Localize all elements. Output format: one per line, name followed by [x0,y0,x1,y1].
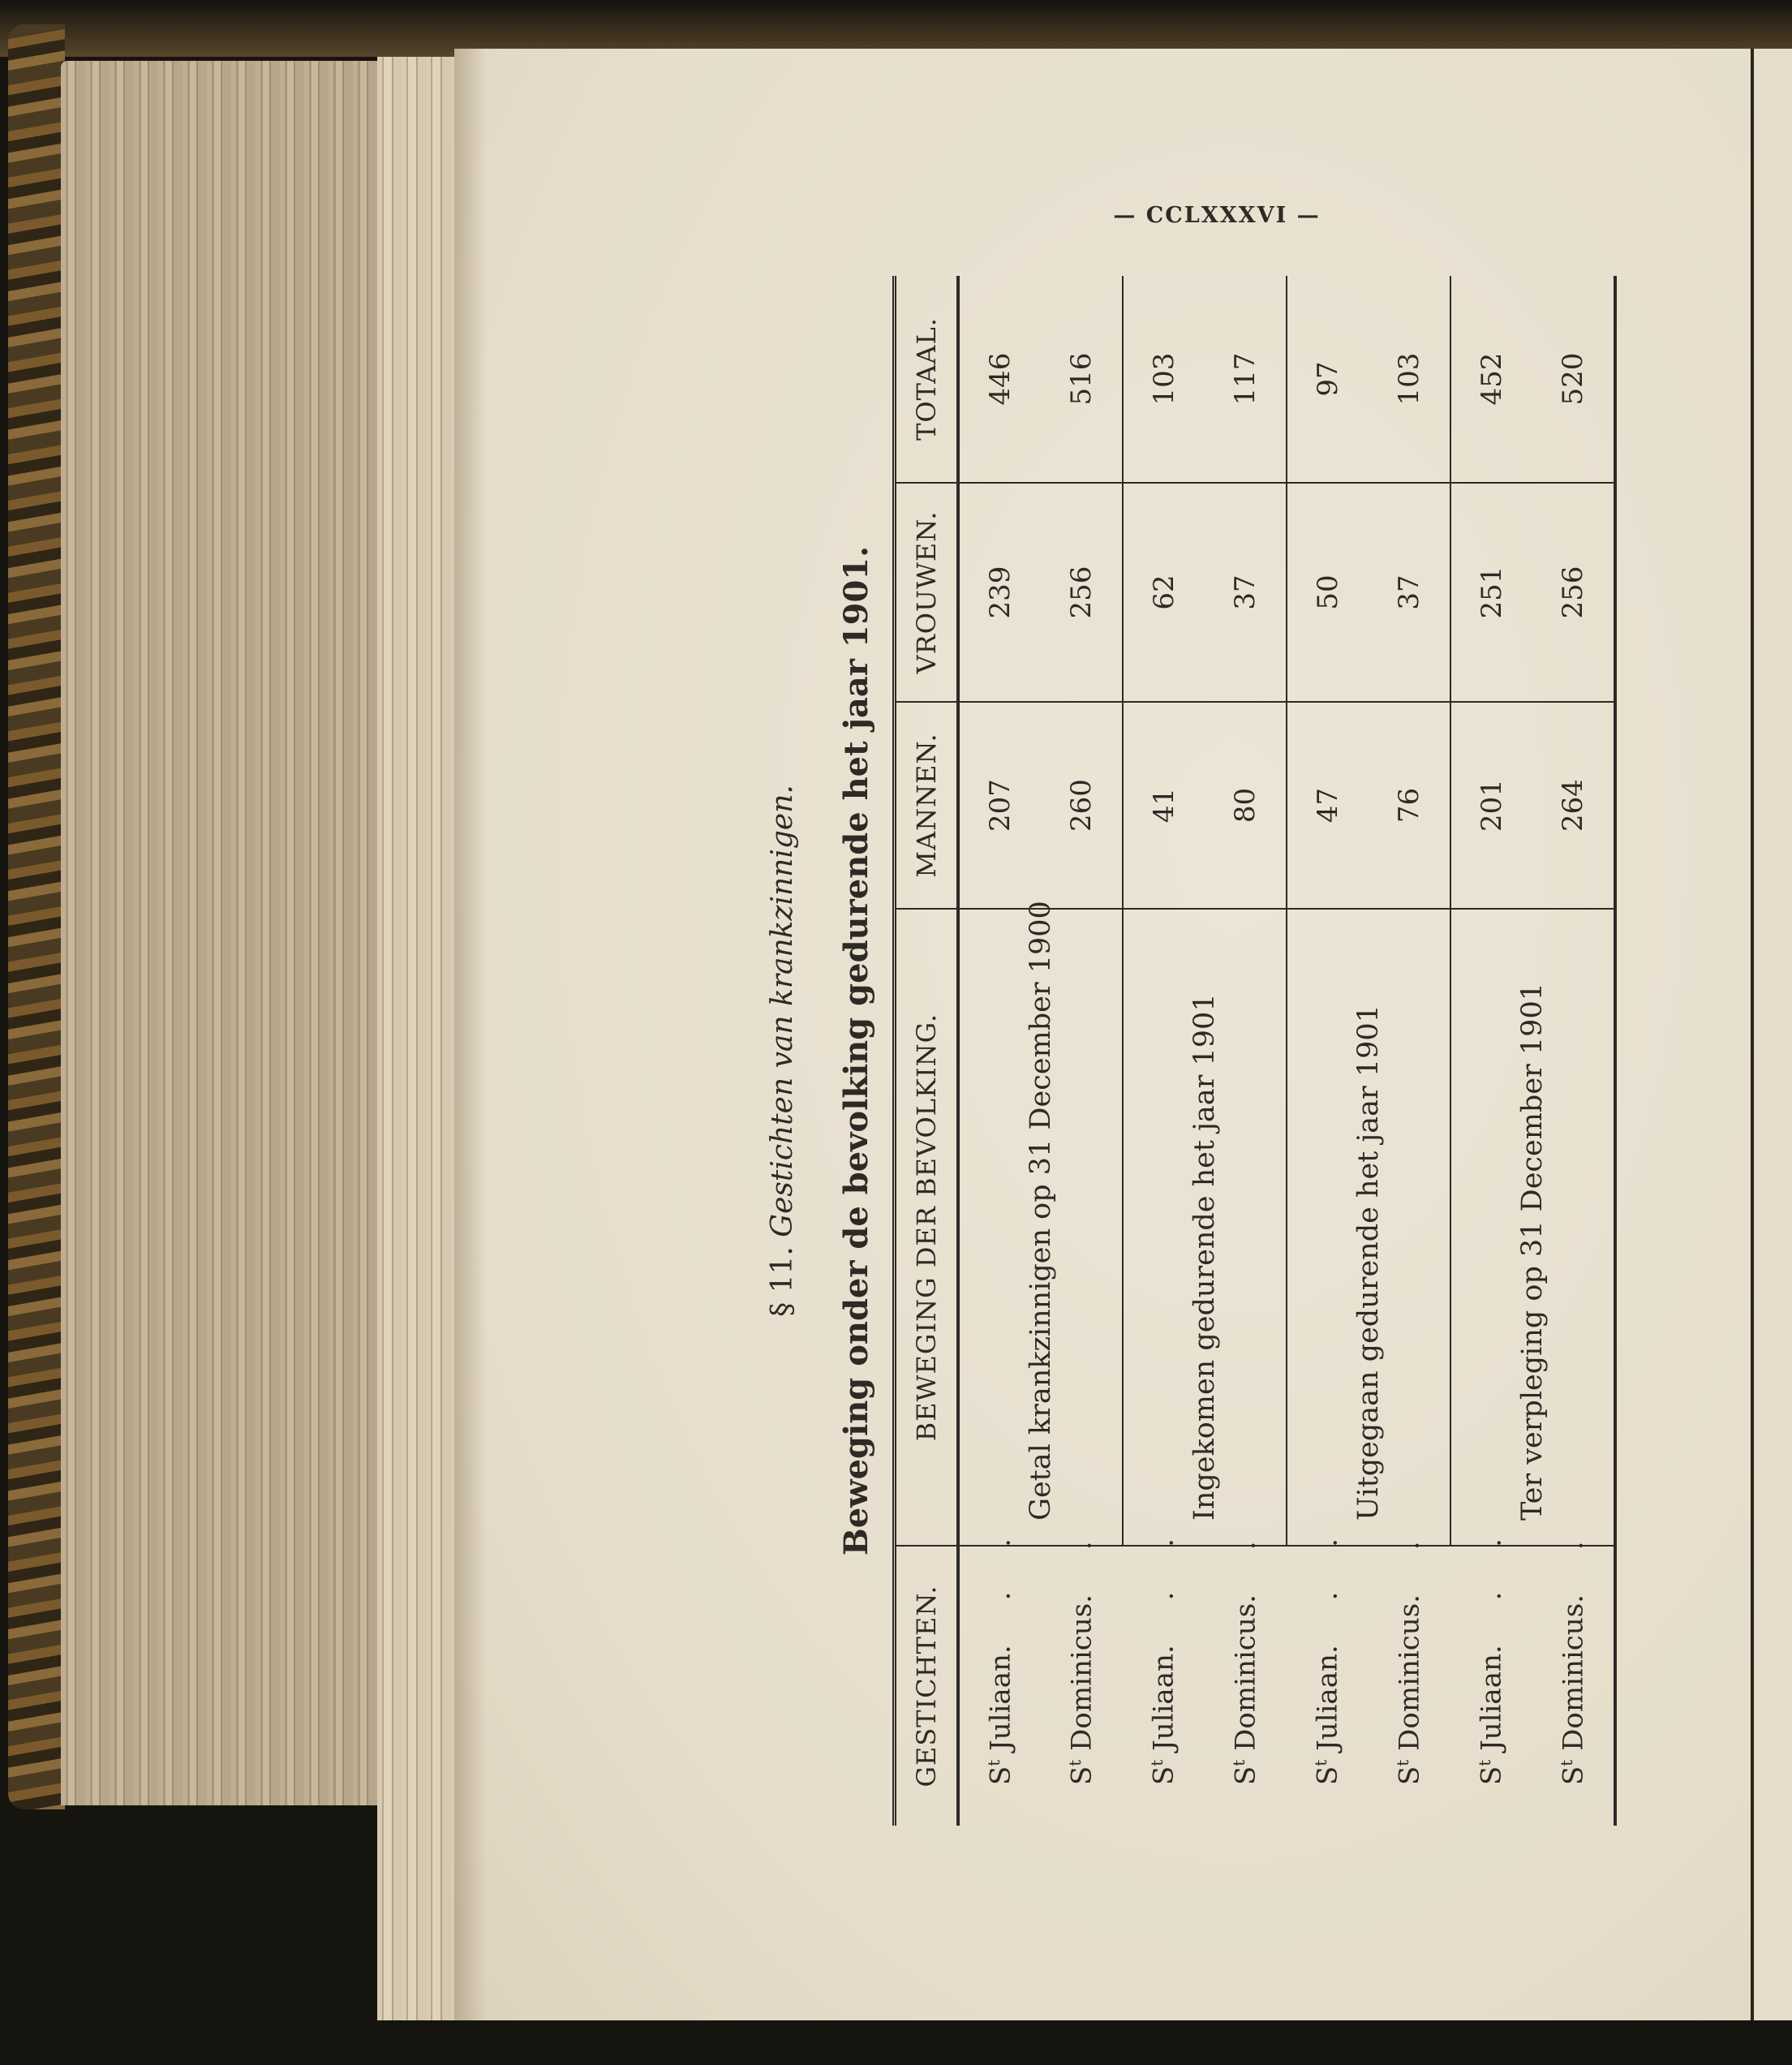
totaal-cell: 103 [1369,276,1450,483]
movement-description: Ingekomen gedurende het jaar 1901 [1123,909,1287,1546]
institution-cell: St Juliaan. . . [1450,1546,1532,1826]
vrouwen-cell: 37 [1205,483,1287,702]
leader-dots: . . [1230,1523,1262,1603]
section-title: Gestichten van krankzinnigen. [766,785,799,1237]
population-movement-table: GESTICHTEN. BEWEGING DER BEVOLKING. MANN… [892,276,1617,1826]
institution-prefix: S [1394,1766,1426,1785]
institution-prefix: S [1230,1766,1262,1785]
mannen-cell: 80 [1205,702,1287,909]
table-row: St Juliaan. . .Ter verpleging op 31 Dece… [1450,276,1532,1826]
section-number: § 11. [766,1246,799,1317]
institution-prefix-sup: t [1475,1760,1494,1766]
header-mannen: MANNEN. [895,702,959,909]
gutter-shadow [454,49,487,2020]
leader-dots: . . . [1148,1521,1180,1654]
institution-name: Juliaan [1312,1654,1344,1751]
vrouwen-cell: 62 [1123,483,1205,702]
institution-prefix: S [1476,1766,1508,1785]
leader-dots: . . . [1476,1521,1508,1654]
totaal-cell: 520 [1532,276,1615,483]
mannen-cell: 264 [1532,702,1615,909]
leader-dots: . . [1394,1523,1426,1603]
vrouwen-cell: 256 [1041,483,1123,702]
table-row: St Juliaan. . .Getal krankzinnigen op 31… [958,276,1041,1826]
mannen-cell: 76 [1369,702,1450,909]
header-gestichten: GESTICHTEN. [895,1546,959,1826]
institution-prefix: S [1148,1766,1180,1785]
page-number: — CCLXXXVI — [1055,203,1379,228]
institution-cell: St Dominicus. . [1041,1546,1123,1826]
totaal-cell: 97 [1287,276,1369,483]
institution-name: Juliaan [1148,1654,1180,1751]
institution-name: Dominicus [1066,1603,1098,1751]
table-body: St Juliaan. . .Getal krankzinnigen op 31… [958,276,1615,1826]
book-page-edges [61,61,385,1805]
totaal-cell: 516 [1041,276,1123,483]
vrouwen-cell: 251 [1450,483,1532,702]
header-beweging: BEWEGING DER BEVOLKING. [895,909,959,1546]
totaal-cell: 446 [958,276,1041,483]
institution-cell: St Juliaan. . . [958,1546,1041,1826]
institution-name: Dominicus [1230,1603,1262,1751]
totaal-cell: 117 [1205,276,1287,483]
section-heading: § 11. Gestichten van krankzinnigen. [763,276,803,1826]
institution-prefix-sup: t [1393,1760,1412,1766]
institution-prefix: S [1557,1766,1589,1785]
leader-dots: . . . [1312,1521,1344,1654]
institution-cell: St Dominicus. . [1369,1546,1450,1826]
institution-cell: St Dominicus. . [1532,1546,1615,1826]
institution-prefix: S [984,1766,1016,1785]
rotated-content: § 11. Gestichten van krankzinnigen. Bewe… [763,276,1655,1826]
vrouwen-cell: 37 [1369,483,1450,702]
table-title: Beweging onder de bevolking gedurende he… [834,276,879,1826]
next-page-edge [1751,49,1792,2020]
institution-cell: St Juliaan. . . [1287,1546,1369,1826]
institution-prefix-sup: t [1229,1760,1248,1766]
mannen-cell: 201 [1450,702,1532,909]
book-cover-spine [8,24,65,1809]
vrouwen-cell: 50 [1287,483,1369,702]
institution-prefix-sup: t [1147,1760,1167,1766]
totaal-cell: 103 [1123,276,1205,483]
institution-prefix-sup: t [1557,1760,1576,1766]
header-totaal: TOTAAL. [895,276,959,483]
table-row: St Juliaan. . .Uitgegaan gedurende het j… [1287,276,1369,1826]
vrouwen-cell: 256 [1532,483,1615,702]
institution-prefix: S [1312,1766,1344,1785]
vrouwen-cell: 239 [958,483,1041,702]
leader-dots: . . [1557,1523,1589,1603]
institution-cell: St Dominicus. . [1205,1546,1287,1826]
table-row: St Juliaan. . .Ingekomen gedurende het j… [1123,276,1205,1826]
institution-name: Juliaan [1476,1654,1508,1751]
leader-dots: . . . [984,1521,1016,1654]
mannen-cell: 260 [1041,702,1123,909]
leader-dots: . . [1066,1523,1098,1603]
institution-prefix: S [1066,1766,1098,1785]
institution-name: Dominicus [1557,1603,1589,1751]
mannen-cell: 207 [958,702,1041,909]
institution-name: Dominicus [1394,1603,1426,1751]
movement-description: Uitgegaan gedurende het jaar 1901 [1287,909,1450,1546]
header-vrouwen: VROUWEN. [895,483,959,702]
totaal-cell: 452 [1450,276,1532,483]
institution-name: Juliaan [984,1654,1016,1751]
book-page-edges-inner [377,57,466,2020]
movement-description: Getal krankzinnigen op 31 December 1900 [958,909,1123,1546]
institution-prefix-sup: t [1311,1760,1330,1766]
movement-description: Ter verpleging op 31 December 1901 [1450,909,1615,1546]
institution-prefix-sup: t [984,1760,1003,1766]
mannen-cell: 41 [1123,702,1205,909]
mannen-cell: 47 [1287,702,1369,909]
table-header-row: GESTICHTEN. BEWEGING DER BEVOLKING. MANN… [895,276,959,1826]
institution-prefix-sup: t [1065,1760,1085,1766]
institution-cell: St Juliaan. . . [1123,1546,1205,1826]
